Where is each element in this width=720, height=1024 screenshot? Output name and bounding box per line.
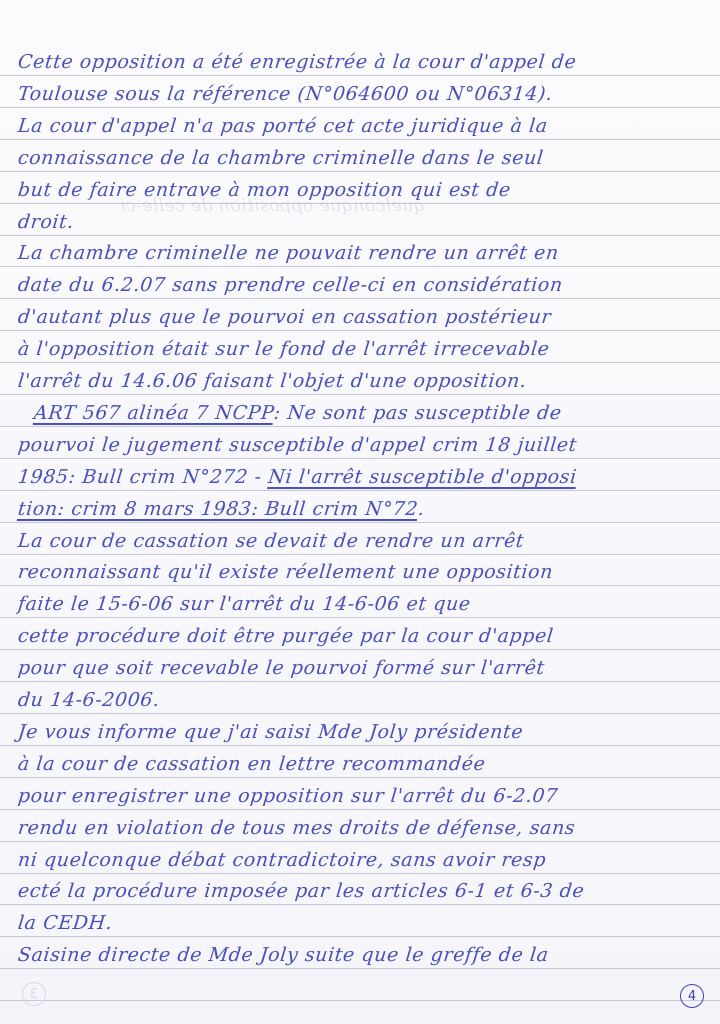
handwritten-line: Je vous informe que j'ai saisi Mde Joly … bbox=[17, 718, 720, 746]
line-text: à l'opposition était sur le fond de l'ar… bbox=[17, 338, 551, 360]
line-text: Je vous informe que j'ai saisi Mde Joly … bbox=[17, 721, 524, 743]
line-text: d'autant plus que le pourvoi en cassatio… bbox=[17, 306, 553, 328]
line-text: reconnaissant qu'il existe réellement un… bbox=[17, 561, 554, 583]
underlined-reference: tion: crim 8 mars 1983: Bull crim N°72 bbox=[17, 498, 419, 520]
underlined-reference: ART 567 alinéa 7 NCPP bbox=[33, 402, 275, 424]
line-text: la CEDH. bbox=[17, 912, 114, 934]
handwritten-line: 1985: Bull crim N°272 - Ni l'arrêt susce… bbox=[17, 463, 720, 491]
line-text: but de faire entrave à mon opposition qu… bbox=[17, 179, 512, 201]
handwritten-line: d'autant plus que le pourvoi en cassatio… bbox=[17, 303, 720, 331]
handwritten-page: quelconque opposition de celle-ci Cette … bbox=[0, 0, 720, 1024]
line-text: pour que soit recevable le pourvoi formé… bbox=[17, 657, 546, 679]
handwritten-line: pour que soit recevable le pourvoi formé… bbox=[17, 654, 720, 682]
line-text: connaissance de la chambre criminelle da… bbox=[17, 147, 545, 169]
underlined-reference: Ni l'arrêt susceptible d'opposi bbox=[267, 466, 578, 488]
handwritten-line: pourvoi le jugement susceptible d'appel … bbox=[17, 431, 720, 459]
handwritten-line: date du 6.2.07 sans prendre celle-ci en … bbox=[17, 271, 720, 299]
line-text: date du 6.2.07 sans prendre celle-ci en … bbox=[17, 274, 564, 296]
line-text: ecté la procédure imposée par les articl… bbox=[17, 880, 586, 902]
page-number: 4 bbox=[680, 984, 704, 1008]
line-text: . bbox=[417, 498, 426, 520]
line-text: La cour de cassation se devait de rendre… bbox=[17, 530, 525, 552]
handwritten-line: connaissance de la chambre criminelle da… bbox=[17, 144, 720, 172]
handwritten-line: Saisine directe de Mde Joly suite que le… bbox=[17, 941, 720, 969]
line-text: l'arrêt du 14.6.06 faisant l'objet d'une… bbox=[17, 370, 528, 392]
line-text: : Ne sont pas susceptible de bbox=[273, 402, 563, 424]
handwritten-line: La cour de cassation se devait de rendre… bbox=[17, 527, 720, 555]
handwritten-line: ni quelconque débat contradictoire, sans… bbox=[17, 846, 720, 874]
line-text: 1985: Bull crim N°272 - bbox=[17, 466, 270, 488]
line-text: La chambre criminelle ne pouvait rendre … bbox=[17, 242, 560, 264]
handwritten-line: ART 567 alinéa 7 NCPP: Ne sont pas susce… bbox=[33, 399, 720, 427]
handwritten-line: La chambre criminelle ne pouvait rendre … bbox=[17, 239, 720, 267]
line-text: La cour d'appel n'a pas porté cet acte j… bbox=[17, 115, 549, 137]
handwritten-line: Toulouse sous la référence (N°064600 ou … bbox=[17, 80, 720, 108]
handwritten-line: à l'opposition était sur le fond de l'ar… bbox=[17, 335, 720, 363]
line-text: Cette opposition a été enregistrée à la … bbox=[17, 51, 578, 73]
line-text: à la cour de cassation en lettre recomma… bbox=[17, 753, 487, 775]
handwritten-line: ecté la procédure imposée par les articl… bbox=[17, 877, 720, 905]
handwritten-line: du 14-6-2006. bbox=[17, 686, 720, 714]
handwritten-line: cette procédure doit être purgée par la … bbox=[17, 622, 720, 650]
handwritten-line: rendu en violation de tous mes droits de… bbox=[17, 814, 720, 842]
ruling-line bbox=[0, 1000, 720, 1001]
line-text: du 14-6-2006. bbox=[17, 689, 161, 711]
handwritten-line: l'arrêt du 14.6.06 faisant l'objet d'une… bbox=[17, 367, 720, 395]
line-text: rendu en violation de tous mes droits de… bbox=[17, 817, 577, 839]
line-text: ni quelconque débat contradictoire, sans… bbox=[17, 849, 547, 871]
line-text: pour enregistrer une opposition sur l'ar… bbox=[17, 785, 559, 807]
handwritten-line: pour enregistrer une opposition sur l'ar… bbox=[17, 782, 720, 810]
line-text: Toulouse sous la référence (N°064600 ou … bbox=[17, 83, 554, 105]
handwritten-line: La cour d'appel n'a pas porté cet acte j… bbox=[17, 112, 720, 140]
line-text: faite le 15-6-06 sur l'arrêt du 14-6-06 … bbox=[17, 593, 472, 615]
handwritten-line: reconnaissant qu'il existe réellement un… bbox=[17, 558, 720, 586]
handwritten-line: à la cour de cassation en lettre recomma… bbox=[17, 750, 720, 778]
line-text: droit. bbox=[17, 211, 75, 233]
handwritten-line: Cette opposition a été enregistrée à la … bbox=[17, 48, 720, 76]
line-text: Saisine directe de Mde Joly suite que le… bbox=[17, 944, 550, 966]
handwritten-line: la CEDH. bbox=[17, 909, 720, 937]
line-text: pourvoi le jugement susceptible d'appel … bbox=[17, 434, 578, 456]
handwritten-line: faite le 15-6-06 sur l'arrêt du 14-6-06 … bbox=[17, 590, 720, 618]
show-through-page-number: 3 bbox=[22, 982, 46, 1006]
handwritten-line: droit. bbox=[17, 208, 720, 236]
line-text: cette procédure doit être purgée par la … bbox=[17, 625, 555, 647]
handwritten-line: tion: crim 8 mars 1983: Bull crim N°72. bbox=[17, 495, 720, 523]
handwritten-line: but de faire entrave à mon opposition qu… bbox=[17, 176, 720, 204]
